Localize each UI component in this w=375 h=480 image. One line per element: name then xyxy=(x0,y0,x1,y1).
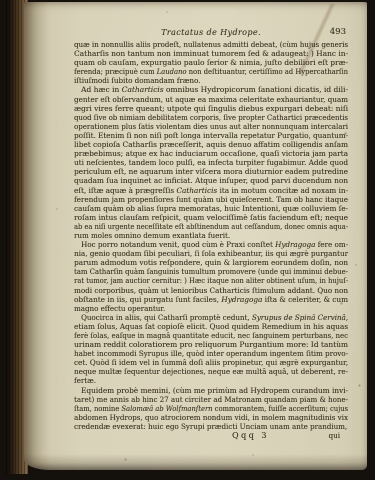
text-line: parum admodum votis reſpondere, quin & l… xyxy=(74,258,348,267)
text-line: rat tumor, jam auctior cernitur: ) Hæc i… xyxy=(74,276,348,285)
text-line: fertæ. xyxy=(74,376,348,385)
text-line: genter eſt obſervandum, ut aquæ ea maxim… xyxy=(74,95,348,104)
text-line: ferendum jam propenſiores ſunt quàm ubi … xyxy=(74,195,348,204)
text-line: Ad hæc in Catharticis omnibus Hydropicor… xyxy=(74,85,348,94)
text-line: roſam intus clauſam reſpicit, quam veloc… xyxy=(74,213,348,222)
text-line: præbebimus; atque ex hac induciarum occa… xyxy=(74,149,348,158)
text-line: libet copioſa Catharſis præceſſerit, aqu… xyxy=(74,140,348,149)
text-line: obſtante in iis, qui purgatu ſunt facile… xyxy=(74,295,348,304)
text-line: ſtam, nomine Salomæâ ab Wolfmanſtern com… xyxy=(74,404,348,413)
text-line: habet incommodi Syrupus ille, quòd inter… xyxy=(74,349,348,358)
text-line: Catharſis non tantum non imminuat tumore… xyxy=(74,49,348,58)
text-line: operationem plus ſatis violentam dies un… xyxy=(74,122,348,131)
text-line: cauſam quàm ob alias ſupra memoratas, hu… xyxy=(74,204,348,213)
paragraph: Quocirca in aliis, qui Catharſi promptè … xyxy=(74,313,348,386)
text-line: Quocirca in aliis, qui Catharſi promptè … xyxy=(74,313,348,322)
text-line: nia, genio quodam ſibi peculiari, ſi ſol… xyxy=(74,249,348,258)
running-header: Tractatus de Hydrope. 493 xyxy=(74,27,348,38)
text-line: neque multæ ſequentur dejectiones, neque… xyxy=(74,367,348,376)
text-line: ab ea niſi urgente neceſſitate eſt abſti… xyxy=(74,222,348,231)
text-line: Hoc porro notandum venit, quod cùm è Pra… xyxy=(74,240,348,249)
text-line: quam ob cauſam, expurgatio paulo ſerior … xyxy=(74,58,348,67)
text-line: uti neſcientes, tandem loco pulſi, ea in… xyxy=(74,158,348,167)
text-line: quadam ſua inquinet ac inficiat. Atque i… xyxy=(74,176,348,185)
text-line: ferenda; præcipuè cum Laudano non deſtit… xyxy=(74,67,348,76)
text-line: ægri vires ferre queant; utpote qui ſing… xyxy=(74,104,348,113)
paragraph: quæ in nonnullis aliis prodeſt, nullaten… xyxy=(74,40,348,85)
text-block: quæ in nonnullis aliis prodeſt, nullaten… xyxy=(74,40,348,431)
text-line: etiam ſolus, Aquas ſat copioſè elicit. Q… xyxy=(74,322,348,331)
text-line: credendæ evexerat: huic ego Syrupi prædi… xyxy=(74,422,348,431)
text-line: poſſit. Etenim ſi non niſi poſt longa in… xyxy=(74,131,348,140)
text-line: urinam reddit coloratiorem pro reliquoru… xyxy=(74,340,348,349)
paragraph: Hoc porro notandum venit, quod cùm è Pra… xyxy=(74,240,348,313)
text-line: iſtiuſmodi ſubito domandam fræno. xyxy=(74,76,348,85)
book-page: Tractatus de Hydrope. 493 quæ in nonnull… xyxy=(24,2,367,470)
page-content: Tractatus de Hydrope. 493 quæ in nonnull… xyxy=(24,2,367,470)
text-line: periculum eſt, ne aquarum inter viſcera … xyxy=(74,167,348,176)
text-line: taret) me annis ab hinc 27 aut circiter … xyxy=(74,395,348,404)
text-line: magno effectu operantur. xyxy=(74,304,348,313)
signature-mark: Qqq 3 xyxy=(232,431,269,441)
text-line: tam Catharſin quàm ſanguinis tumultum pr… xyxy=(74,267,348,276)
text-line: eſt, iſtæ aquæ à prægreſſis Catharticis … xyxy=(74,186,348,195)
page-title: Tractatus de Hydrope. xyxy=(74,27,348,38)
text-line: abdomen Hydrops, quo atrociorem nondum v… xyxy=(74,413,348,422)
book-scan: Tractatus de Hydrope. 493 quæ in nonnull… xyxy=(0,0,375,480)
text-line: cet. Quòd ſi idem vel in ſummâ doſi alii… xyxy=(74,358,348,367)
page-number: 493 xyxy=(330,27,346,38)
text-line: Equidem probè memini, (cùm me primùm ad … xyxy=(74,386,348,395)
footer-line: Qqq 3 qui xyxy=(74,431,348,441)
paragraph: Ad hæc in Catharticis omnibus Hydropicor… xyxy=(74,85,348,240)
text-line: quod ſive ob nimiam debilitatem corporis… xyxy=(74,113,348,122)
text-line: quæ in nonnullis aliis prodeſt, nullaten… xyxy=(74,40,348,49)
catchword: qui xyxy=(328,431,340,441)
text-line: ferè ſolas, eaſque in magnâ quantitate e… xyxy=(74,331,348,340)
paragraph: Equidem probè memini, (cùm me primùm ad … xyxy=(74,386,348,431)
text-line: rum moles omnino demum exantlata fuerit. xyxy=(74,231,348,240)
text-line: modi corporibus, quàm ut lenioribus Cath… xyxy=(74,286,348,295)
